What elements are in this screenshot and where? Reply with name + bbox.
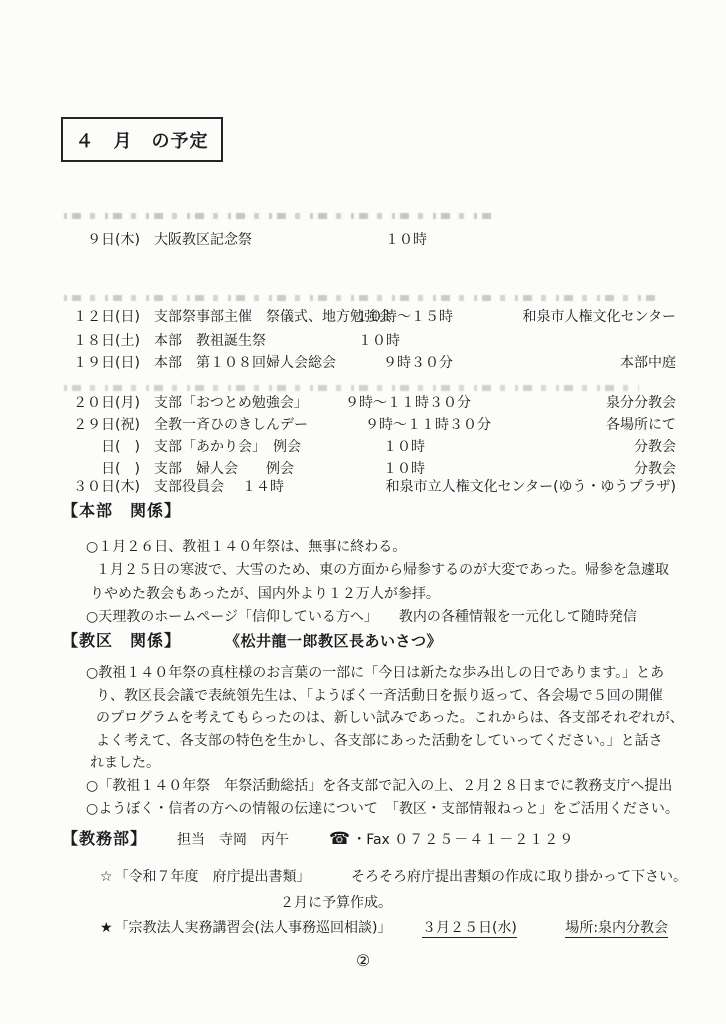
schedule-time: ９時３０分: [383, 352, 453, 372]
body-line: り、教区長会議で表統領先生は、「ようぼく一斉活動日を振り返って、各会場で５回の開…: [62, 685, 704, 708]
body-line: ○ようぼく・信者の方への情報の伝達について 「教区・支部情報ねっと」をご活用くだ…: [62, 798, 704, 821]
staff-in-charge: 担当 寺岡 丙午: [177, 829, 289, 849]
page-number: ②: [0, 951, 726, 970]
notice-item: ★「宗教法人実務講習会(法人事務巡回相談)」 ３月２５日(水) 場所:泉内分教会: [62, 917, 704, 937]
phone-icon: ☎: [329, 829, 350, 849]
schedule-date: 日( ): [62, 436, 140, 456]
schedule-event: 本部 教祖誕生祭: [154, 330, 266, 350]
schedule-row: ２９日(祝) 全教一斉ひのきしんデー ９時～１１時３０分 各場所にて: [62, 414, 676, 436]
kyoku-section: 【教区 関係】 《松井龍一郎教区長あいさつ》 ○教祖１４０年祭の真柱様のお言葉の…: [62, 630, 704, 820]
body-line: れました。: [62, 752, 704, 775]
notice-date: ３月２５日(水): [422, 920, 517, 938]
faded-text-remnant: [64, 385, 639, 391]
schedule-date: １９日(日): [62, 352, 140, 372]
schedule-time: １４時: [242, 476, 284, 496]
honbu-section: 【本部 関係】 ○１月２６日、教祖１４０年祭は、無事に終わる。 １月２５日の寒波…: [62, 500, 704, 630]
schedule-event: 支部役員会: [154, 476, 224, 496]
schedule-event: 全教一斉ひのきしんデー: [154, 414, 308, 434]
schedule-time: １０時: [383, 436, 425, 456]
schedule-time: １０時～１５時: [355, 306, 453, 326]
newsletter-page: ４ 月 の予定 ９日(木) 大阪教区記念祭 １０時 １２日(日) 支部祭事部主催…: [0, 0, 726, 1024]
schedule-event: 大阪教区記念祭: [154, 229, 252, 249]
schedule-row: ９日(木) 大阪教区記念祭 １０時: [62, 229, 676, 251]
faded-text-remnant: [64, 295, 664, 301]
body-line: ○「教祖１４０年祭 年祭活動総括」を各支部で記入の上、２月２８日までに教務支庁へ…: [62, 775, 704, 798]
schedule-date: ９日(木): [62, 229, 140, 249]
schedule-row: １９日(日) 本部 第１０８回婦人会総会 ９時３０分 本部中庭: [62, 352, 676, 374]
schedule-location: 各場所にて: [606, 414, 676, 434]
body-line: よく考えて、各支部の特色を生かし、各支部にあった活動をしていってください。」と話…: [62, 730, 704, 753]
schedule-row: １２日(日) 支部祭事部主催 祭儀式、地方勉強会 １０時～１５時 和泉市人権文化…: [62, 306, 676, 328]
schedule-row: ２０日(月) 支部「おつとめ勉強会」 ９時～１１時３０分 泉分分教会: [62, 392, 676, 414]
schedule-location: 本部中庭: [620, 352, 676, 372]
schedule-location: 和泉市立人権文化センター(ゆう・ゆうプラザ): [386, 476, 676, 496]
notice-title: 「宗教法人実務講習会(法人事務巡回相談)」: [115, 920, 392, 936]
body-line: りやめた教会もあったが、国内外より１２万人が参拝。: [62, 583, 704, 606]
phone-fax-contact: ☎・Fax ０７２５－４１－２１２９: [329, 829, 574, 849]
schedule-location: 和泉市人権文化センター: [523, 306, 676, 326]
notice-place: 場所:泉内分教会: [565, 920, 668, 938]
schedule-event: 支部「あかり会」 例会: [154, 436, 301, 456]
schedule-date: ２９日(祝): [62, 414, 140, 434]
phone-number: ０７２５－４１－２１２９: [394, 832, 574, 848]
schedule-row: 日( ) 支部「あかり会」 例会 １０時 分教会: [62, 436, 676, 458]
schedule-time: １０時: [385, 229, 427, 249]
schedule-date: 日( ): [62, 458, 140, 478]
schedule-row: １８日(土) 本部 教祖誕生祭 １０時: [62, 330, 676, 352]
page-title: ４ 月 の予定: [61, 117, 223, 162]
notice-note: ２月に予算作成。: [62, 892, 704, 912]
notice-item: ☆「令和７年度 府庁提出書類」 そろそろ府庁提出書類の作成に取り掛かって下さい。: [62, 866, 704, 886]
schedule-time: ９時～１１時３０分: [365, 414, 491, 434]
body-line: ○教祖１４０年祭の真柱様のお言葉の一部に「今日は新たな歩み出しの日であります。」…: [62, 662, 704, 685]
schedule-time: １０時: [383, 458, 425, 478]
schedule-location: 分教会: [634, 458, 676, 478]
body-line: ○天理教のホームページ「信仰している方へ」 教内の各種情報を一元化して随時発信: [62, 606, 704, 629]
body-line: ○１月２６日、教祖１４０年祭は、無事に終わる。: [62, 536, 704, 559]
filled-star-icon: ★: [100, 920, 113, 936]
schedule-event: 支部「おつとめ勉強会」: [154, 392, 308, 412]
page-title-text: ４ 月 の予定: [76, 127, 209, 153]
schedule-location: 泉分分教会: [606, 392, 676, 412]
schedule-date: １２日(日): [62, 306, 140, 326]
kyoku-heading: 【教区 関係】: [62, 630, 181, 652]
schedule-time: ９時～１１時３０分: [345, 392, 471, 412]
schedule-event: 本部 第１０８回婦人会総会: [154, 352, 336, 372]
notice-text: そろそろ府庁提出書類の作成に取り掛かって下さい。: [351, 869, 687, 885]
kyoku-subheading: 《松井龍一郎教区長あいさつ》: [225, 630, 442, 651]
schedule-location: 分教会: [634, 436, 676, 456]
schedule-date: ３０日(木): [62, 476, 140, 496]
schedule-time: １０時: [358, 330, 400, 350]
notice-title: 「令和７年度 府庁提出書類」: [115, 869, 311, 885]
kyomubu-section: 【教務部】 担当 寺岡 丙午 ☎・Fax ０７２５－４１－２１２９ ☆「令和７年…: [62, 826, 704, 937]
open-star-icon: ☆: [100, 869, 113, 885]
fax-label: ・Fax: [352, 832, 390, 848]
kyomubu-heading: 【教務部】: [62, 826, 147, 849]
schedule-date: １８日(土): [62, 330, 140, 350]
schedule-date: ２０日(月): [62, 392, 140, 412]
schedule-event: 支部 婦人会 例会: [154, 458, 294, 478]
honbu-heading: 【本部 関係】: [62, 500, 704, 522]
body-line: のプログラムを考えてもらったのは、新しい試みであった。これからは、各支部それぞれ…: [62, 707, 704, 730]
faded-text-remnant: [64, 213, 494, 219]
schedule-row: ３０日(木) 支部役員会 １４時 和泉市立人権文化センター(ゆう・ゆうプラザ): [62, 476, 676, 498]
body-line: １月２５日の寒波で、大雪のため、東の方面から帰参するのが大変であった。帰参を急遽…: [62, 559, 704, 582]
